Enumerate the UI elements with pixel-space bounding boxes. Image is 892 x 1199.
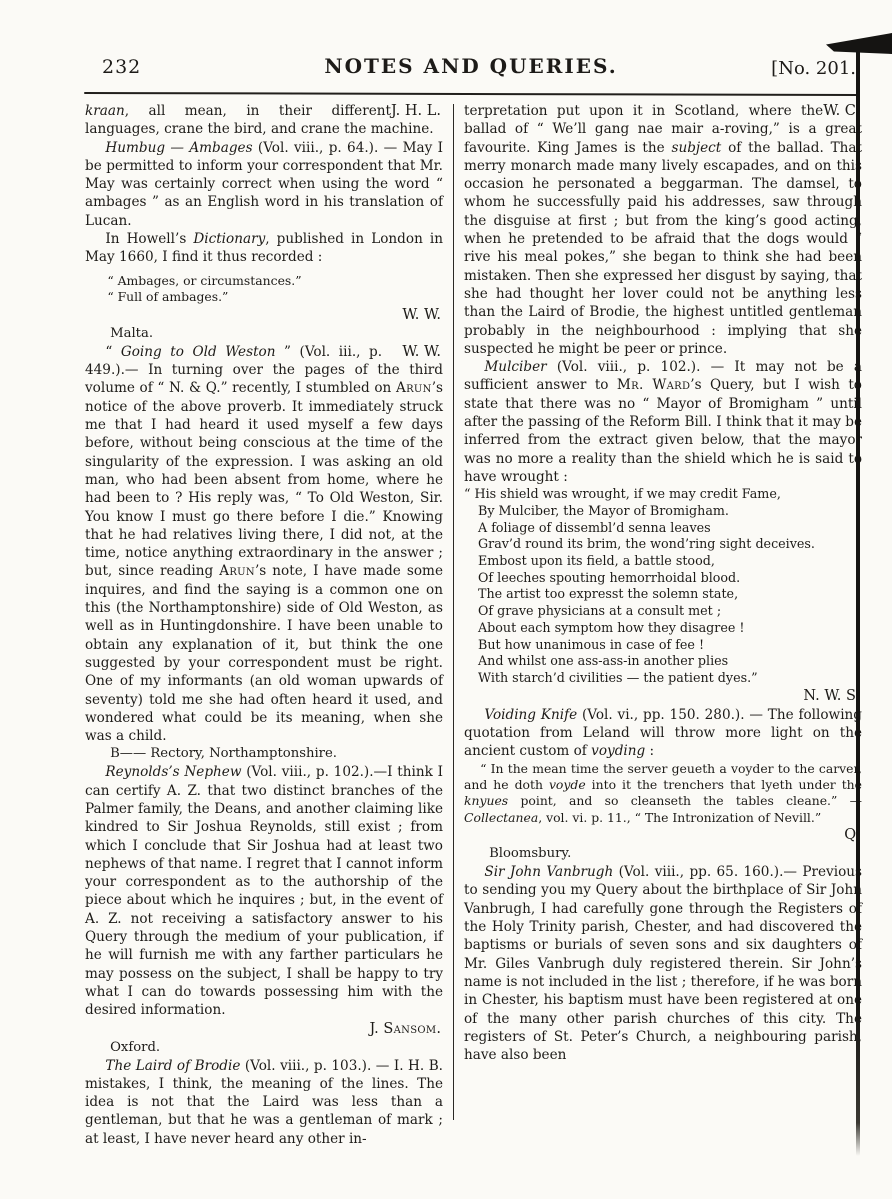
reply-paragraph: Humbug — Ambages (Vol. viii., p. 64.). —… <box>85 139 443 230</box>
text-segment: Mr. Ward <box>617 377 690 393</box>
verse-line: Of leeches spouting hemorrhoidal blood. <box>464 570 862 587</box>
two-column-text: J. H. L.kraan, all mean, in their differ… <box>85 102 864 1148</box>
text-segment: (Vol. viii., pp. 65. 160.).— Previous to… <box>464 864 862 1063</box>
text-segment: In Howell’s <box>105 231 193 247</box>
text-segment: Arun <box>396 380 432 396</box>
text-segment: Bloomsbury. <box>489 846 571 861</box>
verse-line: Grav’d round its brim, the wond’ring sig… <box>464 536 862 553</box>
text-segment: N. W. S. <box>803 688 860 704</box>
text-segment: J. H. L. <box>391 103 441 119</box>
text-segment: into it the trenchers that lyeth under t… <box>586 777 862 792</box>
issue-number: [No. 201. <box>771 58 856 79</box>
place-line: B—— Rectory, Northamptonshire. <box>85 745 443 763</box>
right-column: W. C.terpretation put upon it in Scotlan… <box>464 102 862 1064</box>
verse-line: The artist too expresst the solemn state… <box>464 586 862 603</box>
text-segment: of the ballad. That merry monarch made m… <box>464 140 862 357</box>
text-segment: W. W. <box>402 344 441 360</box>
text-segment: , all mean, in their different languages… <box>85 103 434 137</box>
header-rule <box>84 92 858 96</box>
text-segment: Malta. <box>110 326 153 341</box>
scanned-document-page: 232 NOTES AND QUERIES. [No. 201. J. H. L… <box>0 0 892 1199</box>
text-segment: ’s Query, but I wish to state that there… <box>464 377 862 484</box>
page-title: NOTES AND QUERIES. <box>85 54 857 78</box>
text-segment: voyding <box>591 743 645 759</box>
verse-line: Embost upon its field, a battle stood, <box>464 553 862 570</box>
text-segment: W. C. <box>823 103 860 119</box>
text-segment: point, and so cleanseth the tables clean… <box>508 793 862 808</box>
text-segment: J. <box>369 1021 383 1037</box>
reply-paragraph: W. W.“ Going to Old Weston ” (Vol. iii.,… <box>85 343 443 746</box>
text-segment: Going to Old Weston <box>121 344 276 360</box>
text-segment: B—— Rectory, Northamptonshire. <box>110 746 337 761</box>
signature: W. W. <box>85 306 443 325</box>
text-segment: Arun <box>219 563 255 579</box>
reply-paragraph: Sir John Vanbrugh (Vol. viii., pp. 65. 1… <box>464 863 862 1064</box>
verse-quotation: “ His shield was wrought, if we may cred… <box>464 486 862 686</box>
verse-line: And whilst one ass-ass-in another plies <box>464 653 862 670</box>
paragraph-continuation: J. H. L.kraan, all mean, in their differ… <box>85 102 443 139</box>
text-segment: kraan <box>85 103 125 119</box>
text-segment: : <box>645 743 654 759</box>
scan-artifact-book-edge <box>856 48 860 1156</box>
signature: J. Sansom. <box>85 1020 443 1039</box>
inline-signature: W. W. <box>382 343 443 361</box>
text-segment: Collectanea <box>464 810 538 825</box>
text-segment: Mulciber <box>484 359 546 375</box>
text-segment: “ Full of ambages.” <box>107 289 228 304</box>
verse-line: “ His shield was wrought, if we may cred… <box>464 486 862 503</box>
place-line: Oxford. <box>85 1039 443 1057</box>
verse-line: Of grave physicians at a consult met ; <box>464 603 862 620</box>
verse-line: But how unanimous in case of fee ! <box>464 637 862 654</box>
text-segment: W. W. <box>402 307 441 323</box>
signature: N. W. S. <box>464 687 862 706</box>
column-divider-rule <box>453 104 454 1120</box>
paragraph: In Howell’s Dictionary, published in Lon… <box>85 230 443 267</box>
paragraph-continuation: W. C.terpretation put upon it in Scotlan… <box>464 102 862 358</box>
reply-paragraph: The Laird of Brodie (Vol. viii., p. 103.… <box>85 1057 443 1148</box>
text-segment: Voiding Knife <box>484 707 577 723</box>
quotation-line: “ Full of ambages.” <box>85 289 443 306</box>
text-segment: subject <box>671 140 721 156</box>
text-segment: Oxford. <box>110 1040 160 1055</box>
text-segment: Sansom <box>383 1021 436 1037</box>
reply-paragraph: Voiding Knife (Vol. vi., pp. 150. 280.).… <box>464 706 862 761</box>
left-column: J. H. L.kraan, all mean, in their differ… <box>85 102 443 1148</box>
place-line: Malta. <box>85 325 443 343</box>
text-segment: Dictionary <box>193 231 265 247</box>
quotation-paragraph: “ In the mean time the server geueth a v… <box>464 761 862 827</box>
text-segment: Sir John Vanbrugh <box>484 864 613 880</box>
text-segment: “ Ambages, or circumstances.” <box>107 273 301 288</box>
text-segment: , vol. vi. p. 11., “ The Intronization o… <box>538 810 821 825</box>
verse-line: By Mulciber, the Mayor of Bromigham. <box>464 503 862 520</box>
text-segment: knyues <box>464 793 508 808</box>
reply-paragraph: Reynolds’s Nephew (Vol. viii., p. 102.).… <box>85 763 443 1019</box>
text-segment: Humbug — Ambages <box>105 140 252 156</box>
text-segment: (Vol. viii., p. 102.).—I think I can cer… <box>85 764 443 1018</box>
signature: Q. <box>464 826 862 845</box>
text-segment: Reynolds’s Nephew <box>105 764 241 780</box>
text-segment: . <box>436 1021 441 1037</box>
verse-line: With starch’d civilities — the patient d… <box>464 670 862 687</box>
reply-paragraph: Mulciber (Vol. viii., p. 102.). — It may… <box>464 358 862 486</box>
verse-line: About each symptom how they disagree ! <box>464 620 862 637</box>
place-line: Bloomsbury. <box>464 845 862 863</box>
inline-signature: J. H. L. <box>391 102 443 120</box>
quotation-line: “ Ambages, or circumstances.” <box>85 273 443 290</box>
text-segment: The Laird of Brodie <box>105 1058 240 1074</box>
text-segment: voyde <box>549 777 586 792</box>
verse-line: A foliage of dissembl’d senna leaves <box>464 520 862 537</box>
text-segment: ’s notice of the above proverb. It immed… <box>85 380 443 579</box>
text-segment: “ <box>105 344 121 360</box>
text-segment: ’s note, I have made some inquires, and … <box>85 563 443 744</box>
